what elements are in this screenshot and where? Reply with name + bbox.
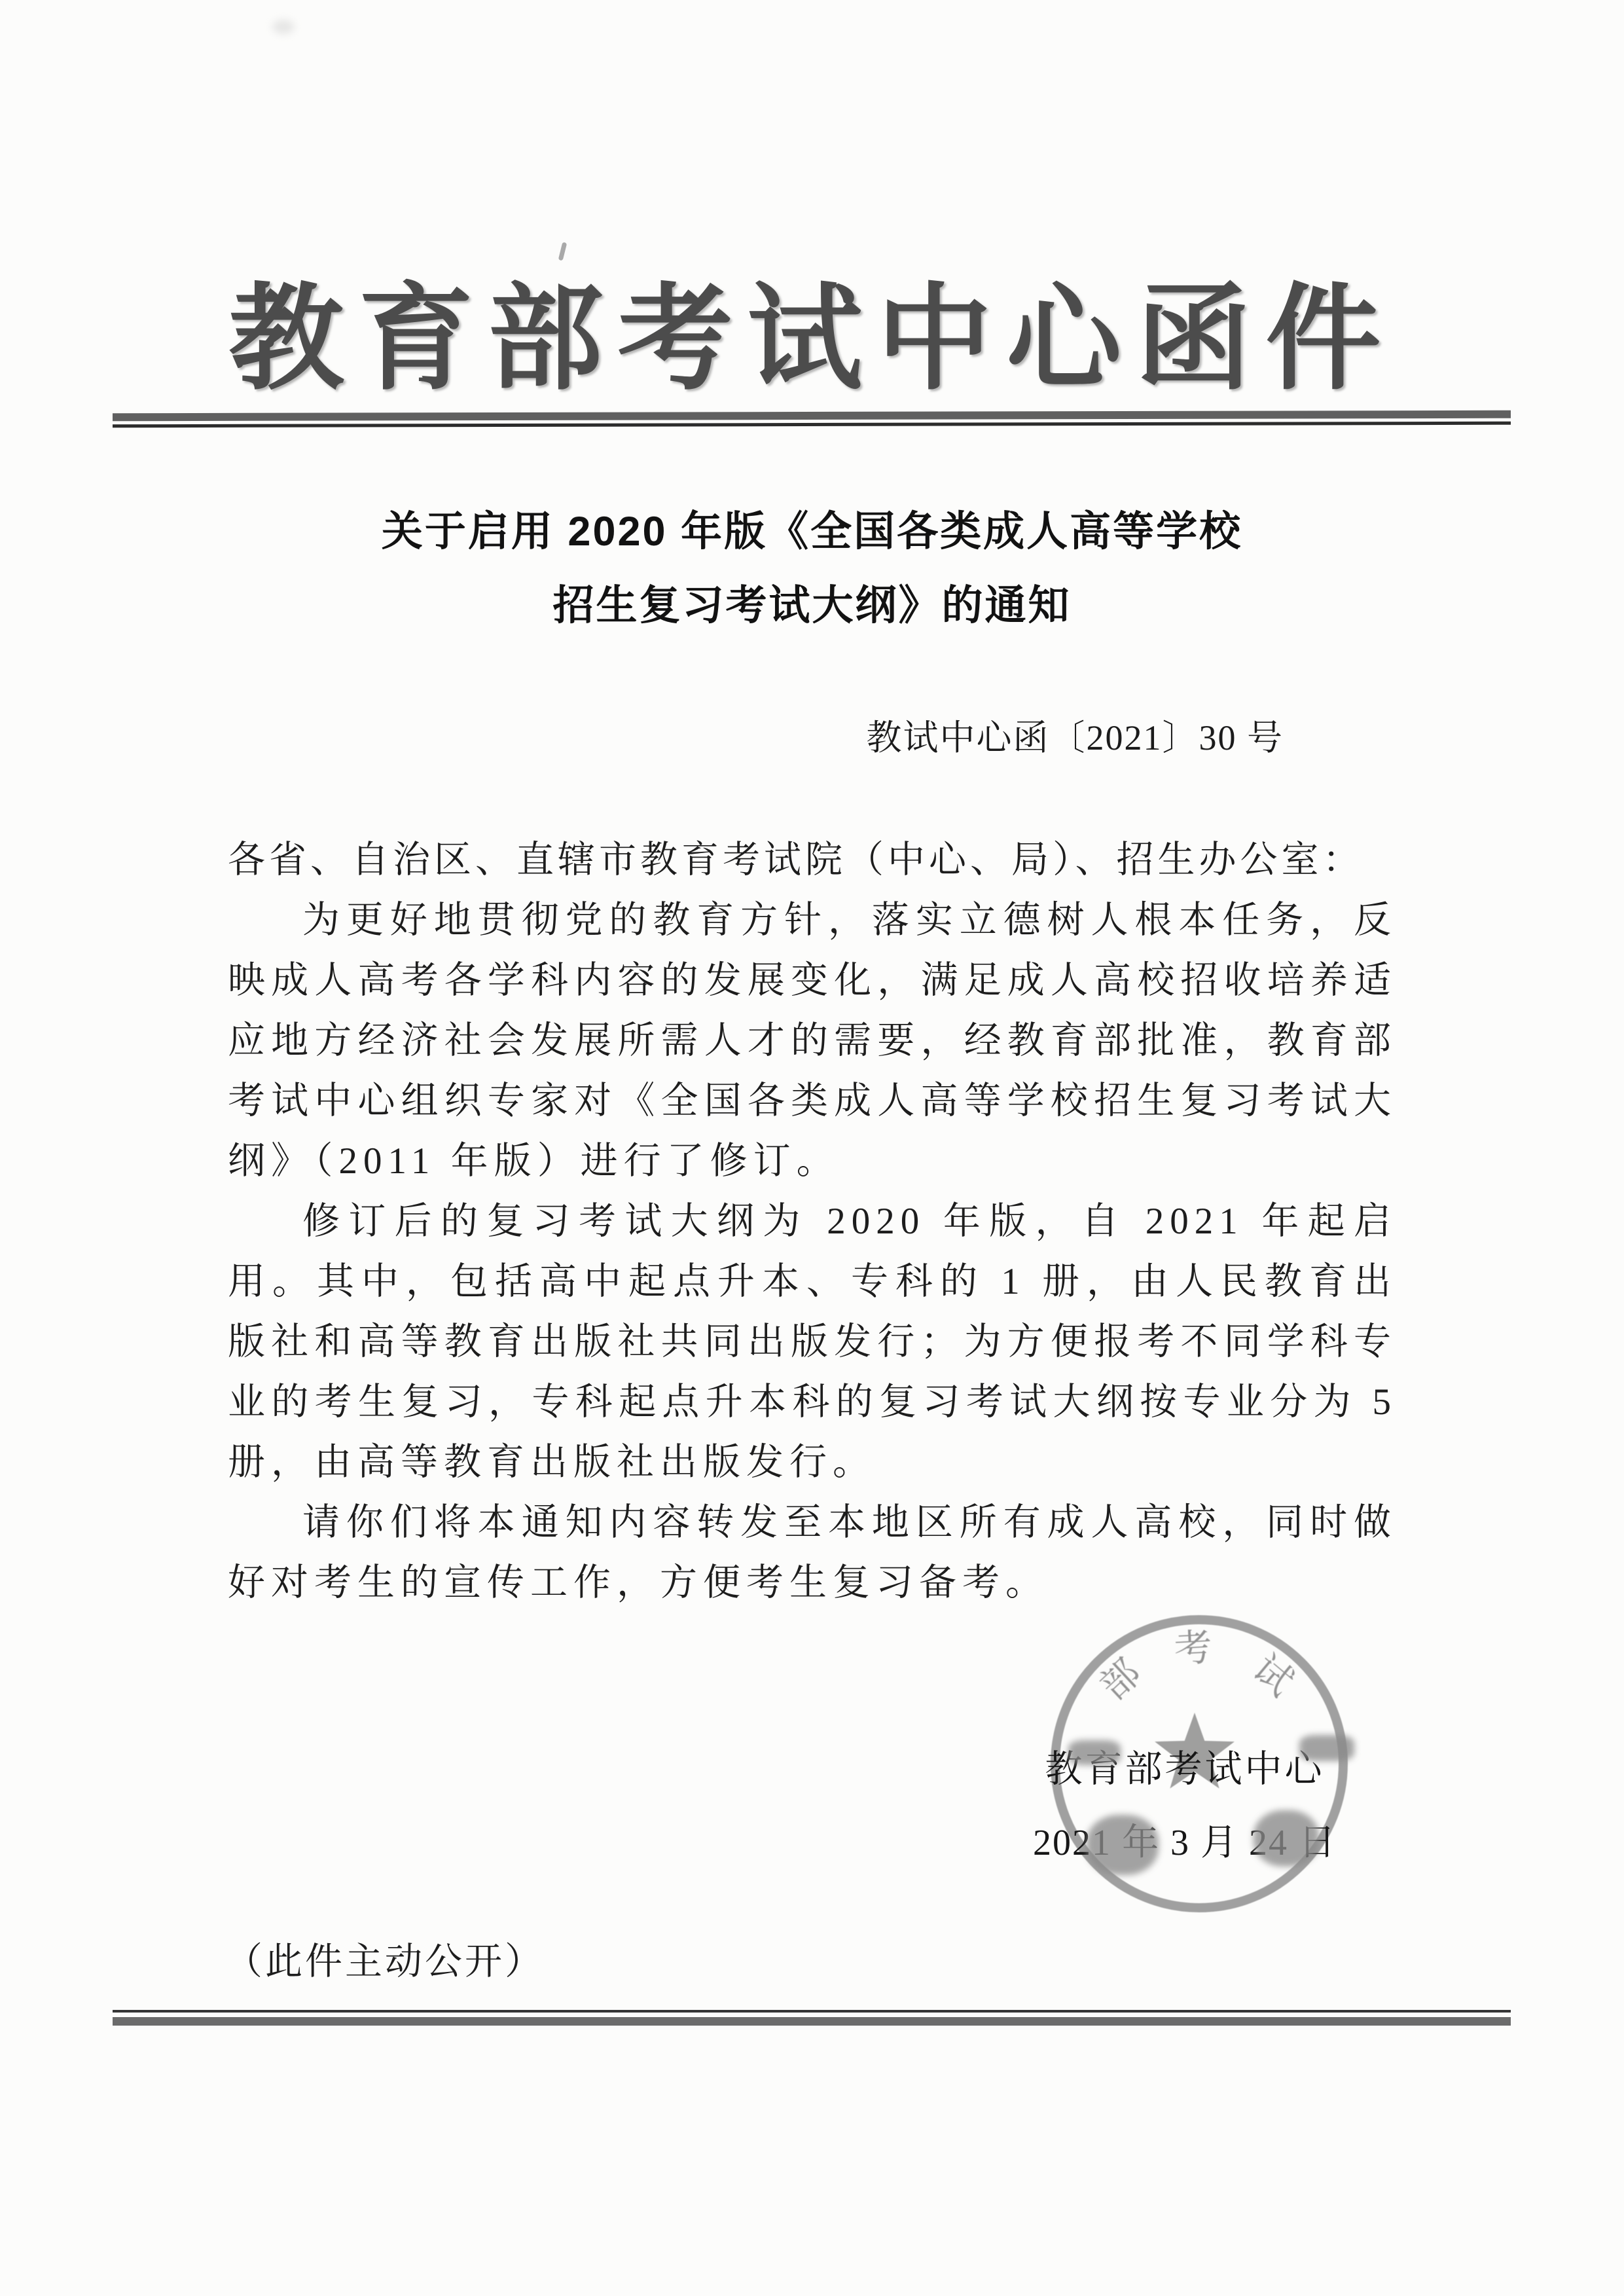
seal-arc-char: 考 (1173, 1626, 1213, 1671)
footer-note: （此件主动公开） (225, 1931, 545, 1985)
scan-speck-artifact (558, 242, 568, 261)
seal-smudge (1087, 1815, 1159, 1875)
document-page: 教育部考试中心函件 关于启用 2020 年版《全国各类成人高等学校 招生复习考试… (0, 0, 1624, 2296)
notice-body: 各省、自治区、直辖市教育考试院（中心、局）、招生办公室： 为更好地贯彻党的教育方… (228, 830, 1397, 1613)
document-number: 教试中心函〔2021〕30 号 (867, 710, 1284, 760)
salutation: 各省、自治区、直辖市教育考试院（中心、局）、招生办公室： (228, 830, 1397, 890)
footer-rule-thin (113, 2010, 1511, 2013)
notice-title-line-1: 关于启用 2020 年版《全国各类成人高等学校 (0, 495, 1624, 569)
notice-title-line-2: 招生复习考试大纲》的通知 (0, 569, 1624, 643)
seal-smudge (1068, 1740, 1121, 1765)
seal-smudge (1254, 1810, 1319, 1867)
body-paragraph: 为更好地贯彻党的教育方针，落实立德树人根本任务，反映成人高考各学科内容的发展变化… (228, 890, 1397, 1192)
body-paragraph: 修订后的复习考试大纲为 2020 年版，自 2021 年起启用。其中，包括高中起… (228, 1192, 1397, 1493)
seal-smudge (1299, 1735, 1354, 1761)
footer-rule-thick (113, 2017, 1511, 2026)
body-paragraph: 请你们将本通知内容转发至本地区所有成人高校，同时做好对考生的宣传工作，方便考生复… (228, 1493, 1397, 1613)
header-rule-thick (113, 410, 1511, 421)
letterhead-title: 教育部考试中心函件 (0, 275, 1624, 406)
header-rule-thin (113, 422, 1511, 428)
scan-smudge-artifact (272, 20, 295, 34)
notice-title: 关于启用 2020 年版《全国各类成人高等学校 招生复习考试大纲》的通知 (0, 495, 1624, 643)
